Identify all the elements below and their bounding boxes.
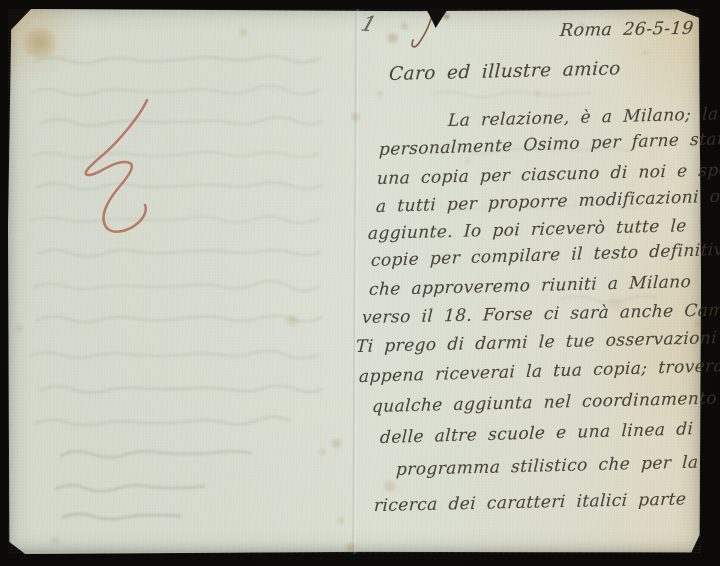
foxing-spot: [376, 90, 384, 97]
foxing-spot: [14, 324, 24, 333]
foxing-spot: [22, 28, 58, 58]
foxing-spot: [464, 158, 471, 164]
foxing-spot: [642, 50, 649, 56]
foxing-spot: [400, 22, 409, 30]
foxing-spot: [382, 480, 397, 493]
foxing-spot: [386, 32, 399, 44]
foxing-spot: [336, 516, 346, 525]
foxing-spot: [238, 28, 249, 37]
foxing-spot: [534, 90, 541, 96]
foxing-spot: [50, 536, 61, 545]
foxing-spot: [350, 112, 361, 122]
foxing-spot: [330, 438, 343, 449]
foxing-spot: [318, 448, 327, 456]
foxing-spot: [284, 314, 300, 327]
foxing-spot: [344, 543, 357, 552]
photo-frame: 1 Roma 26-5-19 Caro ed illustre amico La…: [0, 0, 720, 566]
letter-date: Roma 26-5-19: [559, 19, 694, 41]
